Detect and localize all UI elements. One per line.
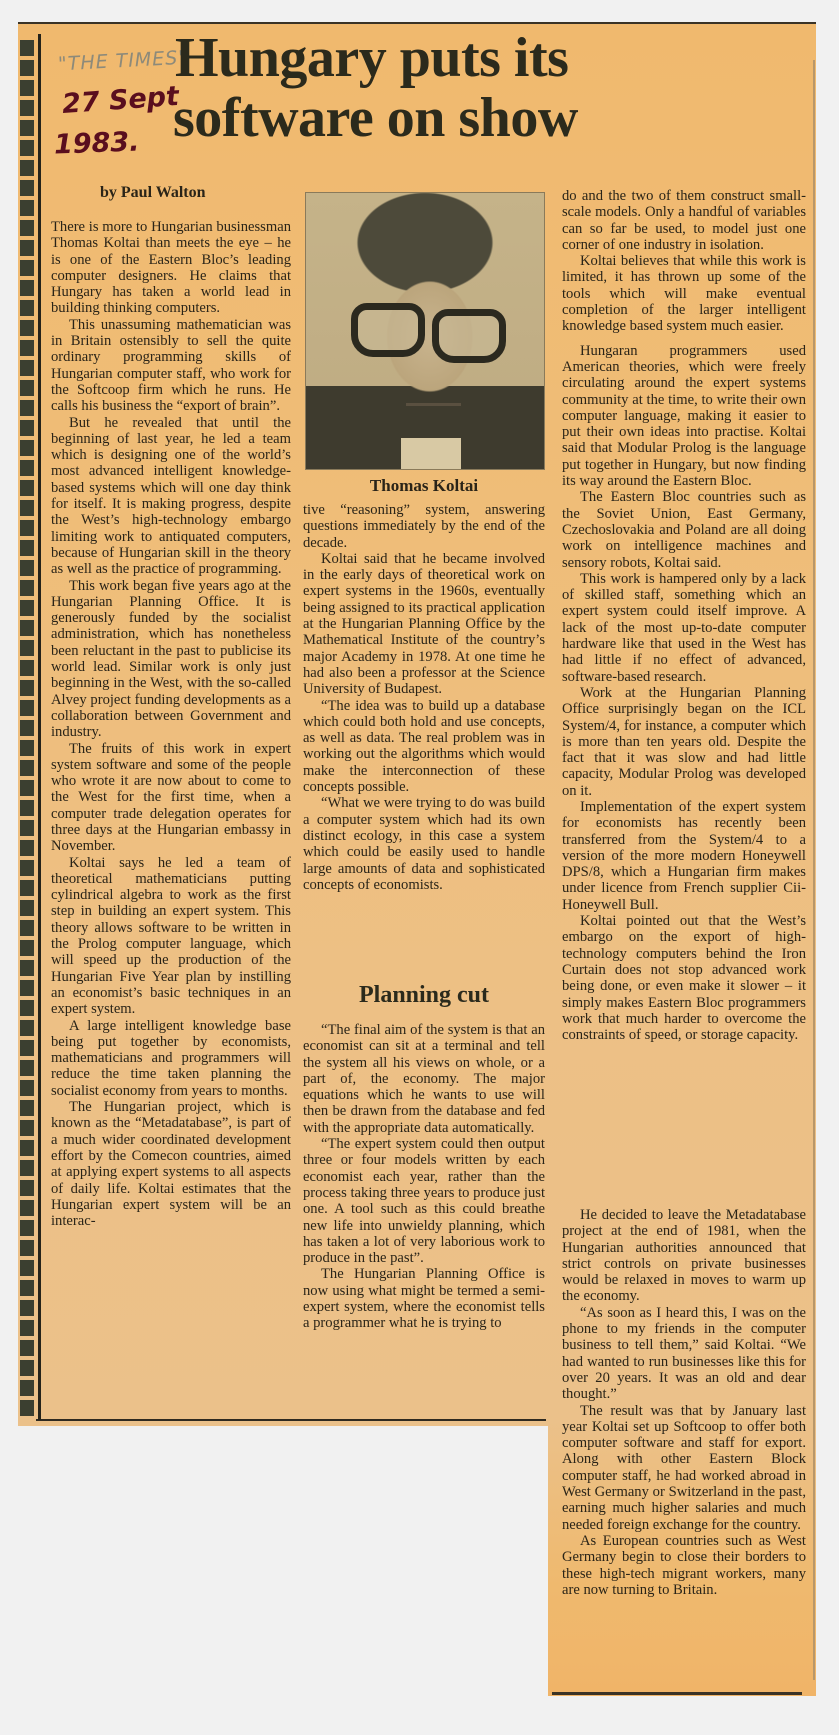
paragraph: Work at the Hungarian Planning Office su… <box>562 685 806 799</box>
paragraph: Koltai said that he became involved in t… <box>303 551 545 698</box>
paragraph: tive “reasoning” system, answering quest… <box>303 502 545 551</box>
paragraph: “What we were trying to do was build a c… <box>303 795 545 893</box>
article-column-2-continued: “The final aim of the system is that an … <box>303 1022 545 1332</box>
paragraph: Koltai says he led a team of theoretical… <box>51 855 291 1018</box>
article-column-2: tive “reasoning” system, answering quest… <box>303 502 545 893</box>
byline: by Paul Walton <box>100 184 206 202</box>
headline-line-1: Hungary puts its <box>175 27 568 89</box>
paragraph: The Hungarian project, which is known as… <box>51 1099 291 1229</box>
right-edge-line <box>813 60 815 1680</box>
article-column-3-continued: He decided to leave the Metadatabase pro… <box>562 1207 806 1598</box>
left-border-strip <box>20 40 34 1420</box>
paragraph: Implementation of the expert system for … <box>562 799 806 913</box>
paragraph: But he revealed that until the beginning… <box>51 415 291 578</box>
paragraph: “The idea was to build up a database whi… <box>303 698 545 796</box>
glasses-right-lens <box>432 309 506 363</box>
paragraph: This work is hampered only by a lack of … <box>562 571 806 685</box>
glasses-left-lens <box>351 303 425 357</box>
paragraph: The Eastern Bloc countries such as the S… <box>562 489 806 570</box>
bottom-rule-right <box>552 1692 802 1695</box>
paragraph: do and the two of them construct small-s… <box>562 188 806 253</box>
subheading: Planning cut <box>303 982 545 1009</box>
paragraph: Hungaran programmers used American theor… <box>562 343 806 490</box>
portrait-photo <box>305 192 545 470</box>
photo-caption: Thomas Koltai <box>305 476 543 496</box>
paragraph: This unassuming mathematician was in Bri… <box>51 317 291 415</box>
paragraph: “The expert system could then output thr… <box>303 1136 545 1266</box>
left-column-rule <box>38 34 41 1420</box>
paragraph: The Hungarian Planning Office is now usi… <box>303 1266 545 1331</box>
paragraph: Koltai pointed out that the West’s embar… <box>562 913 806 1043</box>
headline-line-2: software on show <box>173 88 775 148</box>
mouth <box>406 403 461 406</box>
handwritten-date-year: 1983. <box>53 127 139 161</box>
paragraph: The result was that by January last year… <box>562 1403 806 1533</box>
paragraph: This work began five years ago at the Hu… <box>51 578 291 741</box>
paragraph: “The final aim of the system is that an … <box>303 1022 545 1136</box>
paragraph: The fruits of this work in expert system… <box>51 741 291 855</box>
paragraph: “As soon as I heard this, I was on the p… <box>562 1305 806 1403</box>
paragraph: Koltai believes that while this work is … <box>562 253 806 334</box>
article-column-3: do and the two of them construct small-s… <box>562 188 806 1043</box>
paragraph: He decided to leave the Metadatabase pro… <box>562 1207 806 1305</box>
article-column-1: There is more to Hungarian businessman T… <box>51 219 291 1229</box>
headline: Hungary puts its software on show <box>175 28 775 148</box>
paragraph: As European countries such as West Germa… <box>562 1533 806 1598</box>
bottom-rule-left <box>36 1419 546 1421</box>
paragraph: A large intelligent knowledge base being… <box>51 1018 291 1099</box>
shirt-collar <box>401 438 461 469</box>
paragraph: There is more to Hungarian businessman T… <box>51 219 291 317</box>
